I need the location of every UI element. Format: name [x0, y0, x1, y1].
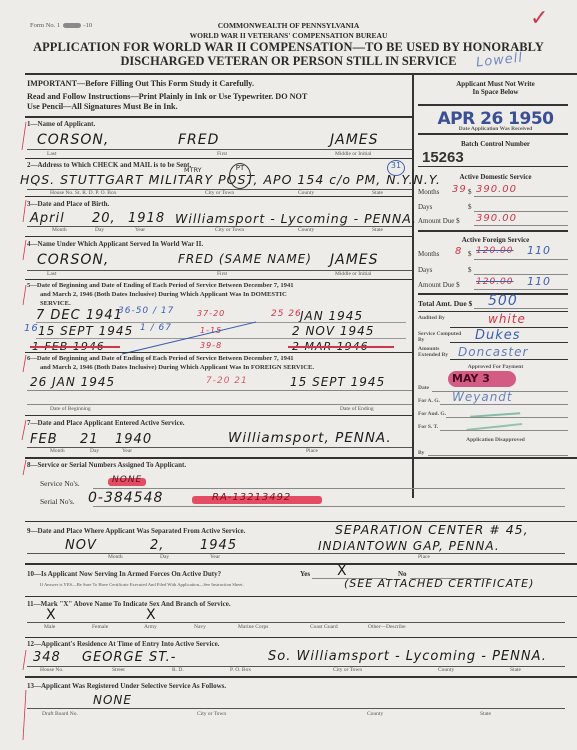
q12-street[interactable]: GEORGE ST.-: [82, 650, 176, 665]
q3-sub-year: Year: [135, 227, 145, 233]
q7-line: [27, 447, 412, 448]
audg-label: For Aud. G.: [418, 411, 446, 417]
q8-service-line: [93, 488, 565, 489]
disapproved-label: Application Disapproved: [414, 437, 577, 443]
q7-sub-day: Day: [90, 448, 99, 454]
instructions-line-3: Use Pencil—All Signatures Must Be in Ink…: [27, 102, 178, 111]
foreign-months-value: 8: [455, 246, 462, 257]
header-divider: [25, 73, 577, 75]
disapproved-by-line: [428, 455, 568, 456]
q12-sub-county: County: [438, 667, 454, 673]
q13-draft-board[interactable]: NONE: [93, 693, 132, 707]
q8-service-label: Service No's.: [40, 479, 80, 488]
domestic-days-label: Days: [418, 203, 432, 211]
q11-mark-male[interactable]: X: [46, 607, 57, 623]
q6-label-1: 6—Date of Beginning and Date of Ending o…: [27, 355, 294, 362]
q12-sub-house: House No.: [40, 667, 64, 673]
q5-label-2: and March 2, 1946 (Both Dates Inclusive)…: [40, 291, 287, 298]
q12-sub-rd: R. D.: [172, 667, 184, 673]
instructions-divider: [25, 116, 412, 118]
q5-divider: [25, 352, 412, 353]
q7-label: 7—Date and Place Applicant Entered Activ…: [27, 419, 185, 427]
q1-label: 1—Name of Applicant.: [27, 120, 95, 128]
computed-signature: Dukes: [475, 328, 521, 343]
q6-sub-begin: Date of Beginning: [50, 406, 91, 412]
q4-last-name[interactable]: CORSON,: [37, 252, 109, 268]
q10-yes-label: Yes: [300, 570, 310, 578]
q9-sub-year: Year: [210, 554, 220, 560]
q4-divider: [25, 279, 412, 280]
q11-option-male: Male: [44, 624, 55, 630]
q5-row2-begin[interactable]: 15 SEPT 1945: [38, 324, 133, 338]
q11-option-female: Female: [92, 624, 108, 630]
ag-label: For A. G.: [418, 398, 440, 404]
q10-label: 10—Is Applicant Now Serving In Armed For…: [27, 570, 221, 578]
q12-sub-city: City or Town: [333, 667, 362, 673]
q7-year[interactable]: 1940: [115, 432, 152, 447]
q11-option-navy: Navy: [194, 624, 206, 630]
ag-line: [440, 404, 568, 405]
q3-day[interactable]: 20,: [92, 211, 116, 226]
q9-sub-place: Place: [418, 554, 430, 560]
batch-control-label: Batch Control Number: [414, 140, 577, 148]
q9-divider: [25, 563, 577, 565]
domestic-amount-value: 390.00: [476, 213, 517, 224]
q13-line: [27, 708, 565, 709]
q8-label: 8—Service or Serial Numbers Assigned To …: [27, 461, 186, 469]
foreign-amount-line: [474, 289, 568, 290]
q13-sub-board: Draft Board No.: [42, 711, 78, 717]
domestic-days-line: [474, 211, 568, 212]
q4-middle-name[interactable]: JAMES: [330, 252, 379, 268]
foreign-amount-label: Amount Due $: [418, 281, 460, 289]
disapproved-by-label: By: [418, 450, 424, 456]
q5-row1-note-red: 37-20: [197, 309, 225, 318]
q5-row2-end[interactable]: 2 NOV 1945: [292, 324, 374, 338]
q1-sub-middle: Middle or Initial: [335, 151, 371, 157]
date-divider: [418, 133, 568, 135]
domestic-months-amount: 390.00: [476, 184, 517, 195]
foreign-amount-value: 110: [527, 275, 551, 288]
q1-middle-name[interactable]: JAMES: [330, 132, 379, 148]
q9-place-line-1[interactable]: SEPARATION CENTER # 45,: [335, 522, 529, 537]
q9-sub-day: Day: [160, 554, 169, 560]
total-label: Total Amt. Due $: [418, 299, 472, 308]
q5-row1-end[interactable]: JAN 1945: [300, 309, 363, 323]
q11-option-marine-corps: Marine Corps: [238, 624, 268, 630]
org-line-1: COMMONWEALTH OF PENNSYLVANIA: [0, 21, 577, 30]
q12-line: [27, 666, 565, 667]
q5-label-1: 5—Date of Beginning and Date of Ending o…: [27, 282, 294, 289]
q6-line-1: [27, 390, 412, 391]
q8-serial-label: Serial No's.: [40, 497, 75, 506]
q3-divider: [25, 236, 412, 237]
q11-option-coast-guard: Coast Guard: [310, 624, 338, 630]
foreign-days-line: [474, 274, 568, 275]
audited-label: Audited By: [418, 315, 448, 321]
audited-signature: white: [488, 312, 526, 326]
office-column-divider: [412, 73, 414, 498]
q7-day[interactable]: 21: [80, 432, 99, 447]
q2-annotation-31: 31: [387, 160, 405, 176]
q4-label: 4—Name Under Which Applicant Served In W…: [27, 240, 203, 248]
q3-year[interactable]: 1918: [128, 211, 165, 226]
form-title-line-1: APPLICATION FOR WORLD WAR II COMPENSATIO…: [0, 40, 577, 55]
q3-sub-day: Day: [95, 227, 104, 233]
q13-sub-state: State: [480, 711, 491, 717]
q7-sub-year: Year: [122, 448, 132, 454]
q12-place[interactable]: So. Williamsport - Lycoming - PENNA.: [268, 649, 547, 664]
q1-first-name[interactable]: FRED: [178, 132, 219, 148]
q7-divider: [25, 457, 577, 459]
office-heading-2: In Space Below: [414, 88, 577, 96]
total-value: 500: [488, 293, 518, 309]
q1-divider: [25, 158, 412, 159]
q11-divider: [25, 637, 577, 638]
approved-stamp: MAY 3: [452, 372, 490, 385]
extended-signature: Doncaster: [458, 345, 528, 359]
q4-sub-first: First: [217, 271, 227, 277]
st-signature-scribble: [466, 417, 523, 431]
extended-label: Amounts Extended By: [418, 346, 458, 358]
q13-sub-city: City or Town: [197, 711, 226, 717]
q11-option-other-describe: Other—Describe: [368, 624, 406, 630]
q8-service-value[interactable]: NONE: [112, 475, 142, 485]
domestic-months-label: Months: [418, 188, 439, 196]
q4-sub-middle: Middle or Initial: [335, 271, 371, 277]
computed-line: [450, 342, 568, 343]
q13-label: 13—Applicant Was Registered Under Select…: [27, 682, 226, 690]
q6-note: 7-20 21: [206, 376, 248, 386]
q6-line-2: [27, 404, 412, 405]
q5-row1-end-strike: 25 26: [271, 309, 302, 319]
q6-end[interactable]: 15 SEPT 1945: [290, 375, 385, 389]
q12-sub-street: Street: [112, 667, 125, 673]
q8-serial-value[interactable]: 0-384548: [88, 490, 163, 506]
office-heading-divider: [418, 104, 568, 106]
q13-sub-county: County: [367, 711, 383, 717]
q3-sub-month: Month: [52, 227, 67, 233]
q5-row3-strike-right: [288, 346, 394, 348]
q6-label-2: and March 2, 1946 (Both Dates Inclusive)…: [40, 364, 314, 371]
q12-divider: [25, 676, 577, 678]
q5-row1-begin[interactable]: 7 DEC 1941: [36, 308, 123, 323]
q2-annotation-pt: PT: [229, 163, 251, 189]
foreign-heading: Active Foreign Service: [414, 236, 577, 244]
approved-label: Approved For Payment: [414, 364, 577, 370]
instructions-line-1: IMPORTANT—Before Filling Out This Form S…: [27, 79, 254, 88]
domestic-months-value: 39: [452, 184, 467, 195]
q11-mark-army[interactable]: X: [146, 607, 157, 623]
q9-day[interactable]: 2,: [150, 538, 164, 553]
q1-sub-first: First: [217, 151, 227, 157]
q1-sub-last: Last: [47, 151, 56, 157]
q4-first-name[interactable]: FRED (SAME NAME): [178, 252, 312, 266]
q12-label: 12—Applicant's Residence At Time of Entr…: [27, 640, 219, 648]
q9-label: 9—Date and Place Where Applicant Was Sep…: [27, 527, 245, 535]
q8-serial-line: [93, 506, 565, 507]
q12-sub-state: State: [510, 667, 521, 673]
q3-label: 3—Date and Place of Birth.: [27, 200, 109, 208]
org-line-2: WORLD WAR II VETERANS' COMPENSATION BURE…: [0, 31, 577, 40]
domestic-amount-line: [474, 225, 568, 226]
st-line: [440, 430, 568, 431]
audg-signature-scribble: [470, 406, 520, 417]
domestic-heading: Active Domestic Service: [414, 173, 577, 181]
foreign-months-line: [474, 259, 568, 260]
foreign-days-label: Days: [418, 266, 432, 274]
q5-row1-note-blue: 36-50 / 17: [118, 306, 174, 316]
q6-sub-end: Date of Ending: [340, 406, 374, 412]
q9-sub-month: Month: [108, 554, 123, 560]
foreign-months-label: Months: [418, 250, 439, 258]
q8-serial-struck: RA-13213492: [212, 492, 291, 503]
q11-label: 11—Mark "X" Above Name To Indicate Sex A…: [27, 600, 231, 608]
q12-sub-po: P. O. Box: [230, 667, 251, 673]
q4-sub-last: Last: [47, 271, 56, 277]
instructions-line-2: Read and Follow Instructions—Print Plain…: [27, 92, 307, 101]
foreign-months-amount-struck: 120.00: [476, 246, 514, 256]
q9-place-line-2[interactable]: INDIANTOWN GAP, PENNA.: [318, 539, 500, 553]
q10-divider: [25, 596, 577, 597]
q3-sub-city: City or Town: [215, 227, 244, 233]
foreign-amount-struck: 120.00: [476, 277, 514, 287]
foreign-months-amount: 110: [527, 244, 551, 257]
margin-red-ticks: [18, 110, 30, 750]
approval-date-label: Date: [418, 385, 429, 391]
q11-line: [27, 622, 565, 623]
q7-sub-month: Month: [50, 448, 65, 454]
q2-annotation-mtry: MTRY: [184, 166, 202, 174]
st-label: For S. T.: [418, 424, 438, 430]
q3-sub-state: State: [372, 227, 383, 233]
q9-year[interactable]: 1945: [200, 538, 237, 553]
red-checkmark-icon: ✓: [530, 6, 548, 31]
q2-label: 2—Address to Which CHECK and MAIL is to …: [27, 161, 191, 169]
date-received-label: Date Application Was Received: [414, 126, 577, 132]
q9-month[interactable]: NOV: [65, 538, 97, 553]
q3-month[interactable]: April: [30, 211, 65, 226]
q3-sub-county: County: [298, 227, 314, 233]
batch-divider: [418, 166, 568, 167]
ag-signature: Weyandt: [452, 390, 513, 404]
batch-control-number: 15263: [422, 149, 464, 166]
application-form: Form No. 1 -10 COMMONWEALTH OF PENNSYLVA…: [0, 0, 577, 750]
q5-label-3: SERVICE.: [40, 300, 71, 307]
total-line: [474, 308, 568, 309]
office-heading-1: Applicant Must Not Write: [414, 80, 577, 88]
q7-place[interactable]: Williamsport, PENNA.: [228, 430, 392, 446]
domestic-amount-label: Amount Due $: [418, 217, 460, 225]
q3-place[interactable]: Williamsport - Lycoming - PENNA.: [175, 211, 417, 226]
q12-house[interactable]: 348: [33, 650, 61, 665]
q6-divider: [25, 415, 412, 416]
q1-last-name[interactable]: CORSON,: [37, 132, 109, 148]
domestic-months-line: [474, 196, 568, 197]
q6-begin[interactable]: 26 JAN 1945: [30, 375, 115, 389]
q5-row3-strike-left: [30, 346, 120, 348]
q10-note: If Answer is YES—Be Sure To Have Certifi…: [40, 582, 244, 587]
q2-divider: [25, 196, 412, 197]
domestic-divider: [418, 230, 568, 232]
q7-month[interactable]: FEB: [30, 432, 58, 447]
q1-line: [27, 149, 412, 150]
q10-handwritten-note: (SEE ATTACHED CERTIFICATE): [344, 577, 534, 590]
q11-option-army: Army: [144, 624, 157, 630]
extended-line: [450, 359, 568, 360]
q7-sub-place: Place: [306, 448, 318, 454]
